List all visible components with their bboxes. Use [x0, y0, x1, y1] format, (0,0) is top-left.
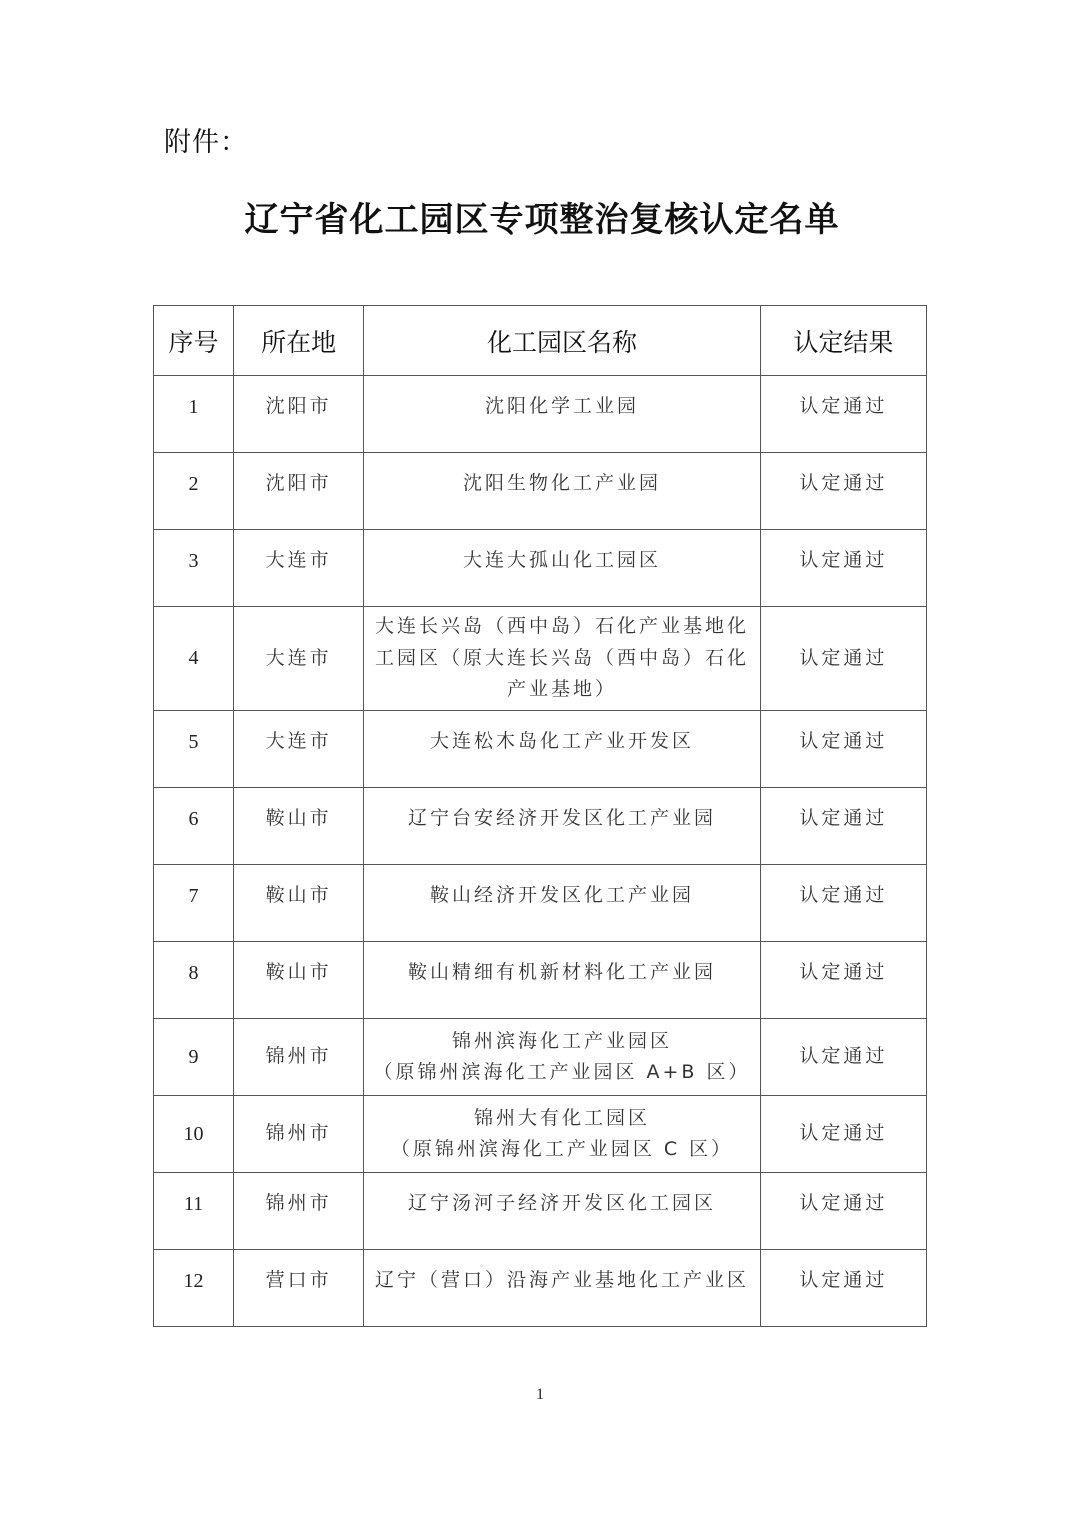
cell-result: 认定通过 — [760, 942, 926, 1019]
table-body: 1沈阳市沈阳化学工业园认定通过2沈阳市沈阳生物化工产业园认定通过3大连市大连大孤… — [154, 376, 927, 1327]
cell-serial-number: 1 — [154, 376, 234, 453]
result-text: 认定通过 — [761, 1265, 926, 1310]
serial-number-text: 3 — [154, 545, 233, 592]
park-name-line: （原锦州滨海化工产业园区 A+B 区） — [364, 1057, 760, 1088]
result-text: 认定通过 — [761, 1118, 926, 1149]
cell-serial-number: 9 — [154, 1019, 234, 1096]
cell-park-name: 辽宁（营口）沿海产业基地化工产业区 — [364, 1250, 761, 1327]
serial-number-text: 10 — [154, 1118, 233, 1151]
location-text: 沈阳市 — [234, 391, 363, 436]
header-park-name: 化工园区名称 — [364, 306, 761, 376]
page-number: 1 — [0, 1386, 1080, 1404]
park-name-line: 鞍山经济开发区化工产业园 — [364, 880, 760, 911]
cell-serial-number: 6 — [154, 788, 234, 865]
cell-location: 锦州市 — [234, 1173, 364, 1250]
cell-location: 锦州市 — [234, 1019, 364, 1096]
location-text: 锦州市 — [234, 1118, 363, 1149]
table-row: 5大连市大连松木岛化工产业开发区认定通过 — [154, 711, 927, 788]
cell-park-name: 大连大孤山化工园区 — [364, 530, 761, 607]
cell-park-name: 鞍山精细有机新材料化工产业园 — [364, 942, 761, 1019]
cell-serial-number: 2 — [154, 453, 234, 530]
cell-serial-number: 8 — [154, 942, 234, 1019]
table-row: 2沈阳市沈阳生物化工产业园认定通过 — [154, 453, 927, 530]
park-name-line: （原锦州滨海化工产业园区 C 区） — [364, 1134, 760, 1165]
result-text: 认定通过 — [761, 803, 926, 848]
cell-location: 鞍山市 — [234, 942, 364, 1019]
result-text: 认定通过 — [761, 391, 926, 436]
serial-number-text: 2 — [154, 468, 233, 515]
table-row: 10锦州市锦州大有化工园区（原锦州滨海化工产业园区 C 区）认定通过 — [154, 1096, 927, 1173]
park-name-line: 辽宁（营口）沿海产业基地化工产业区 — [364, 1265, 760, 1296]
cell-park-name: 大连松木岛化工产业开发区 — [364, 711, 761, 788]
cell-location: 营口市 — [234, 1250, 364, 1327]
cell-location: 鞍山市 — [234, 865, 364, 942]
cell-serial-number: 4 — [154, 607, 234, 711]
location-text: 大连市 — [234, 545, 363, 590]
park-name-line: 辽宁汤河子经济开发区化工园区 — [364, 1188, 760, 1219]
table-row: 1沈阳市沈阳化学工业园认定通过 — [154, 376, 927, 453]
serial-number-text: 8 — [154, 957, 233, 1004]
document-title: 辽宁省化工园区专项整治复核认定名单 — [0, 192, 1080, 241]
park-name-line: 大连大孤山化工园区 — [364, 545, 760, 576]
cell-result: 认定通过 — [760, 530, 926, 607]
cell-serial-number: 5 — [154, 711, 234, 788]
location-text: 营口市 — [234, 1265, 363, 1310]
location-text: 沈阳市 — [234, 468, 363, 513]
cell-result: 认定通过 — [760, 788, 926, 865]
serial-number-text: 12 — [154, 1265, 233, 1312]
table-row: 9锦州市锦州滨海化工产业园区（原锦州滨海化工产业园区 A+B 区）认定通过 — [154, 1019, 927, 1096]
serial-number-text: 11 — [154, 1188, 233, 1235]
table-row: 4大连市大连长兴岛（西中岛）石化产业基地化工园区（原大连长兴岛（西中岛）石化产业… — [154, 607, 927, 711]
cell-result: 认定通过 — [760, 711, 926, 788]
serial-number-text: 4 — [154, 642, 233, 675]
result-text: 认定通过 — [761, 957, 926, 1002]
serial-number-text: 5 — [154, 726, 233, 773]
table-row: 3大连市大连大孤山化工园区认定通过 — [154, 530, 927, 607]
location-text: 鞍山市 — [234, 957, 363, 1002]
cell-location: 锦州市 — [234, 1096, 364, 1173]
table-row: 12营口市辽宁（营口）沿海产业基地化工产业区认定通过 — [154, 1250, 927, 1327]
location-text: 大连市 — [234, 643, 363, 674]
park-name-line: 锦州大有化工园区 — [364, 1103, 760, 1134]
table-row: 8鞍山市鞍山精细有机新材料化工产业园认定通过 — [154, 942, 927, 1019]
serial-number-text: 1 — [154, 391, 233, 438]
cell-result: 认定通过 — [760, 453, 926, 530]
table-row: 6鞍山市辽宁台安经济开发区化工产业园认定通过 — [154, 788, 927, 865]
park-name-line: 鞍山精细有机新材料化工产业园 — [364, 957, 760, 988]
cell-park-name: 锦州大有化工园区（原锦州滨海化工产业园区 C 区） — [364, 1096, 761, 1173]
header-location: 所在地 — [234, 306, 364, 376]
table-header-row: 序号 所在地 化工园区名称 认定结果 — [154, 306, 927, 376]
header-serial-number: 序号 — [154, 306, 234, 376]
result-text: 认定通过 — [761, 1041, 926, 1072]
cell-serial-number: 11 — [154, 1173, 234, 1250]
cell-result: 认定通过 — [760, 1096, 926, 1173]
park-name-line: 沈阳化学工业园 — [364, 391, 760, 422]
park-name-line: 产业基地） — [364, 674, 760, 705]
cell-location: 大连市 — [234, 530, 364, 607]
cell-result: 认定通过 — [760, 865, 926, 942]
table-row: 7鞍山市鞍山经济开发区化工产业园认定通过 — [154, 865, 927, 942]
cell-serial-number: 10 — [154, 1096, 234, 1173]
cell-location: 沈阳市 — [234, 453, 364, 530]
cell-park-name: 沈阳生物化工产业园 — [364, 453, 761, 530]
serial-number-text: 9 — [154, 1041, 233, 1074]
cell-result: 认定通过 — [760, 607, 926, 711]
cell-result: 认定通过 — [760, 1019, 926, 1096]
serial-number-text: 6 — [154, 803, 233, 850]
result-text: 认定通过 — [761, 468, 926, 513]
cell-park-name: 辽宁台安经济开发区化工产业园 — [364, 788, 761, 865]
park-name-line: 辽宁台安经济开发区化工产业园 — [364, 803, 760, 834]
result-text: 认定通过 — [761, 643, 926, 674]
header-result: 认定结果 — [760, 306, 926, 376]
park-name-line: 大连长兴岛（西中岛）石化产业基地化 — [364, 611, 760, 642]
cell-result: 认定通过 — [760, 376, 926, 453]
cell-park-name: 锦州滨海化工产业园区（原锦州滨海化工产业园区 A+B 区） — [364, 1019, 761, 1096]
location-text: 大连市 — [234, 726, 363, 771]
cell-location: 鞍山市 — [234, 788, 364, 865]
park-name-line: 沈阳生物化工产业园 — [364, 468, 760, 499]
cell-location: 大连市 — [234, 711, 364, 788]
park-name-line: 大连松木岛化工产业开发区 — [364, 726, 760, 757]
serial-number-text: 7 — [154, 880, 233, 927]
location-text: 鞍山市 — [234, 880, 363, 925]
park-name-line: 锦州滨海化工产业园区 — [364, 1026, 760, 1057]
result-text: 认定通过 — [761, 545, 926, 590]
cell-park-name: 鞍山经济开发区化工产业园 — [364, 865, 761, 942]
cell-result: 认定通过 — [760, 1250, 926, 1327]
cell-location: 沈阳市 — [234, 376, 364, 453]
location-text: 鞍山市 — [234, 803, 363, 848]
location-text: 锦州市 — [234, 1188, 363, 1233]
cell-location: 大连市 — [234, 607, 364, 711]
cell-serial-number: 7 — [154, 865, 234, 942]
cell-park-name: 辽宁汤河子经济开发区化工园区 — [364, 1173, 761, 1250]
cell-serial-number: 3 — [154, 530, 234, 607]
result-text: 认定通过 — [761, 880, 926, 925]
park-name-line: 工园区（原大连长兴岛（西中岛）石化 — [364, 643, 760, 674]
result-text: 认定通过 — [761, 1188, 926, 1233]
cell-park-name: 沈阳化学工业园 — [364, 376, 761, 453]
cell-result: 认定通过 — [760, 1173, 926, 1250]
cell-serial-number: 12 — [154, 1250, 234, 1327]
cell-park-name: 大连长兴岛（西中岛）石化产业基地化工园区（原大连长兴岛（西中岛）石化产业基地） — [364, 607, 761, 711]
table-row: 11锦州市辽宁汤河子经济开发区化工园区认定通过 — [154, 1173, 927, 1250]
location-text: 锦州市 — [234, 1041, 363, 1072]
attachment-label: 附件： — [164, 120, 248, 159]
park-list-table: 序号 所在地 化工园区名称 认定结果 1沈阳市沈阳化学工业园认定通过2沈阳市沈阳… — [153, 305, 927, 1327]
result-text: 认定通过 — [761, 726, 926, 771]
